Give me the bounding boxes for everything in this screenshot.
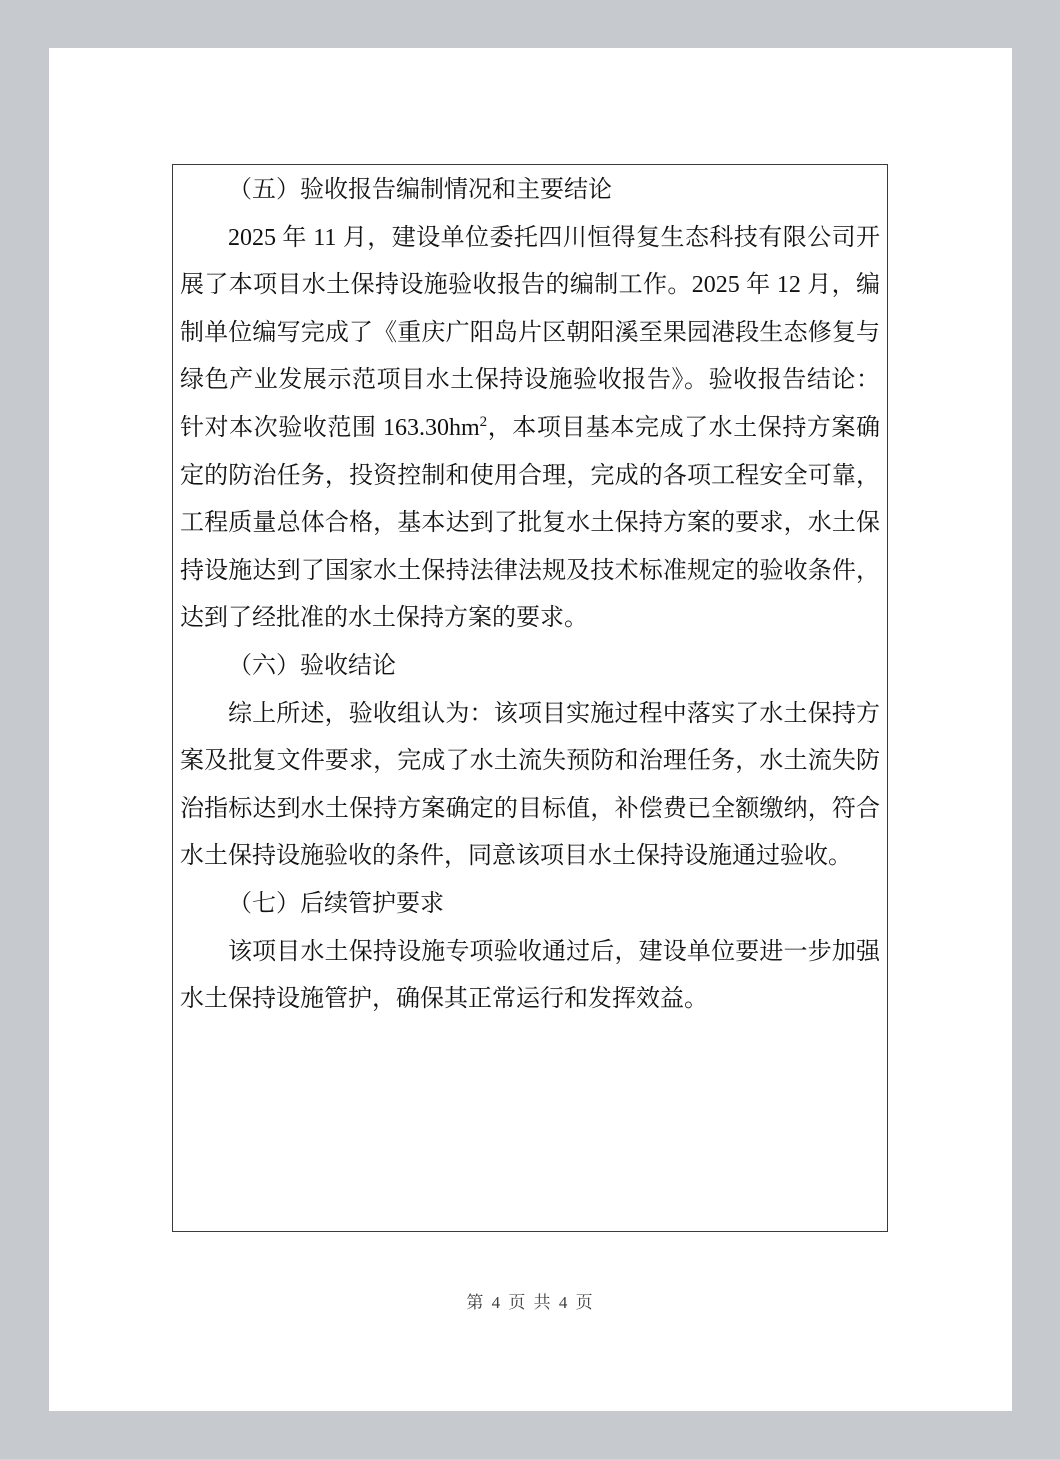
section-5-paragraph: 2025 年 11 月，建设单位委托四川恒得复生态科技有限公司开 展了本项目水土… (180, 215, 880, 643)
paragraph-line: 展了本项目水土保持设施验收报告的编制工作。2025 年 12 月，编 (180, 262, 880, 310)
paragraph-line: 综上所述，验收组认为：该项目实施过程中落实了水土保持方 (180, 691, 880, 739)
section-6-paragraph: 综上所述，验收组认为：该项目实施过程中落实了水土保持方 案及批复文件要求，完成了… (180, 691, 880, 881)
paragraph-line: 该项目水土保持设施专项验收通过后，建设单位要进一步加强 (180, 929, 880, 977)
paragraph-line-area-value: 针对本次验收范围 163.30hm2，本项目基本完成了水土保持方案确 (180, 405, 880, 453)
paragraph-line: 制单位编写完成了《重庆广阳岛片区朝阳溪至果园港段生态修复与 (180, 310, 880, 358)
paragraph-line: 持设施达到了国家水土保持法律法规及技术标准规定的验收条件， (180, 548, 880, 596)
paragraph-line: 达到了经批准的水土保持方案的要求。 (180, 595, 880, 643)
paragraph-line: 水土保持设施验收的条件，同意该项目水土保持设施通过验收。 (180, 833, 880, 881)
paragraph-line: 治指标达到水土保持方案确定的目标值，补偿费已全额缴纳，符合 (180, 786, 880, 834)
content-border-box: （五）验收报告编制情况和主要结论 2025 年 11 月，建设单位委托四川恒得复… (172, 164, 888, 1232)
paragraph-line: 案及批复文件要求，完成了水土流失预防和治理任务，水土流失防 (180, 738, 880, 786)
paragraph-line: 水土保持设施管护，确保其正常运行和发挥效益。 (180, 976, 880, 1024)
desktop-background: { "colors": { "background": "#c6c9ce", "… (0, 0, 1060, 1459)
paragraph-line: 绿色产业发展示范项目水土保持设施验收报告》。验收报告结论： (180, 357, 880, 405)
section-7-heading: （七）后续管护要求 (180, 881, 880, 929)
paragraph-line: 工程质量总体合格，基本达到了批复水土保持方案的要求，水土保 (180, 500, 880, 548)
paragraph-line: 2025 年 11 月，建设单位委托四川恒得复生态科技有限公司开 (180, 215, 880, 263)
section-6-heading: （六）验收结论 (180, 643, 880, 691)
area-value-continuation: ，本项目基本完成了水土保持方案确 (487, 415, 880, 441)
page-number-footer: 第 4 页 共 4 页 (49, 1288, 1012, 1313)
section-5-heading: （五）验收报告编制情况和主要结论 (180, 167, 880, 215)
area-value-text: 针对本次验收范围 163.30hm (180, 415, 480, 441)
section-7-paragraph: 该项目水土保持设施专项验收通过后，建设单位要进一步加强 水土保持设施管护，确保其… (180, 929, 880, 1024)
document-page: （五）验收报告编制情况和主要结论 2025 年 11 月，建设单位委托四川恒得复… (49, 48, 1012, 1411)
paragraph-line: 定的防治任务，投资控制和使用合理，完成的各项工程安全可靠， (180, 453, 880, 501)
